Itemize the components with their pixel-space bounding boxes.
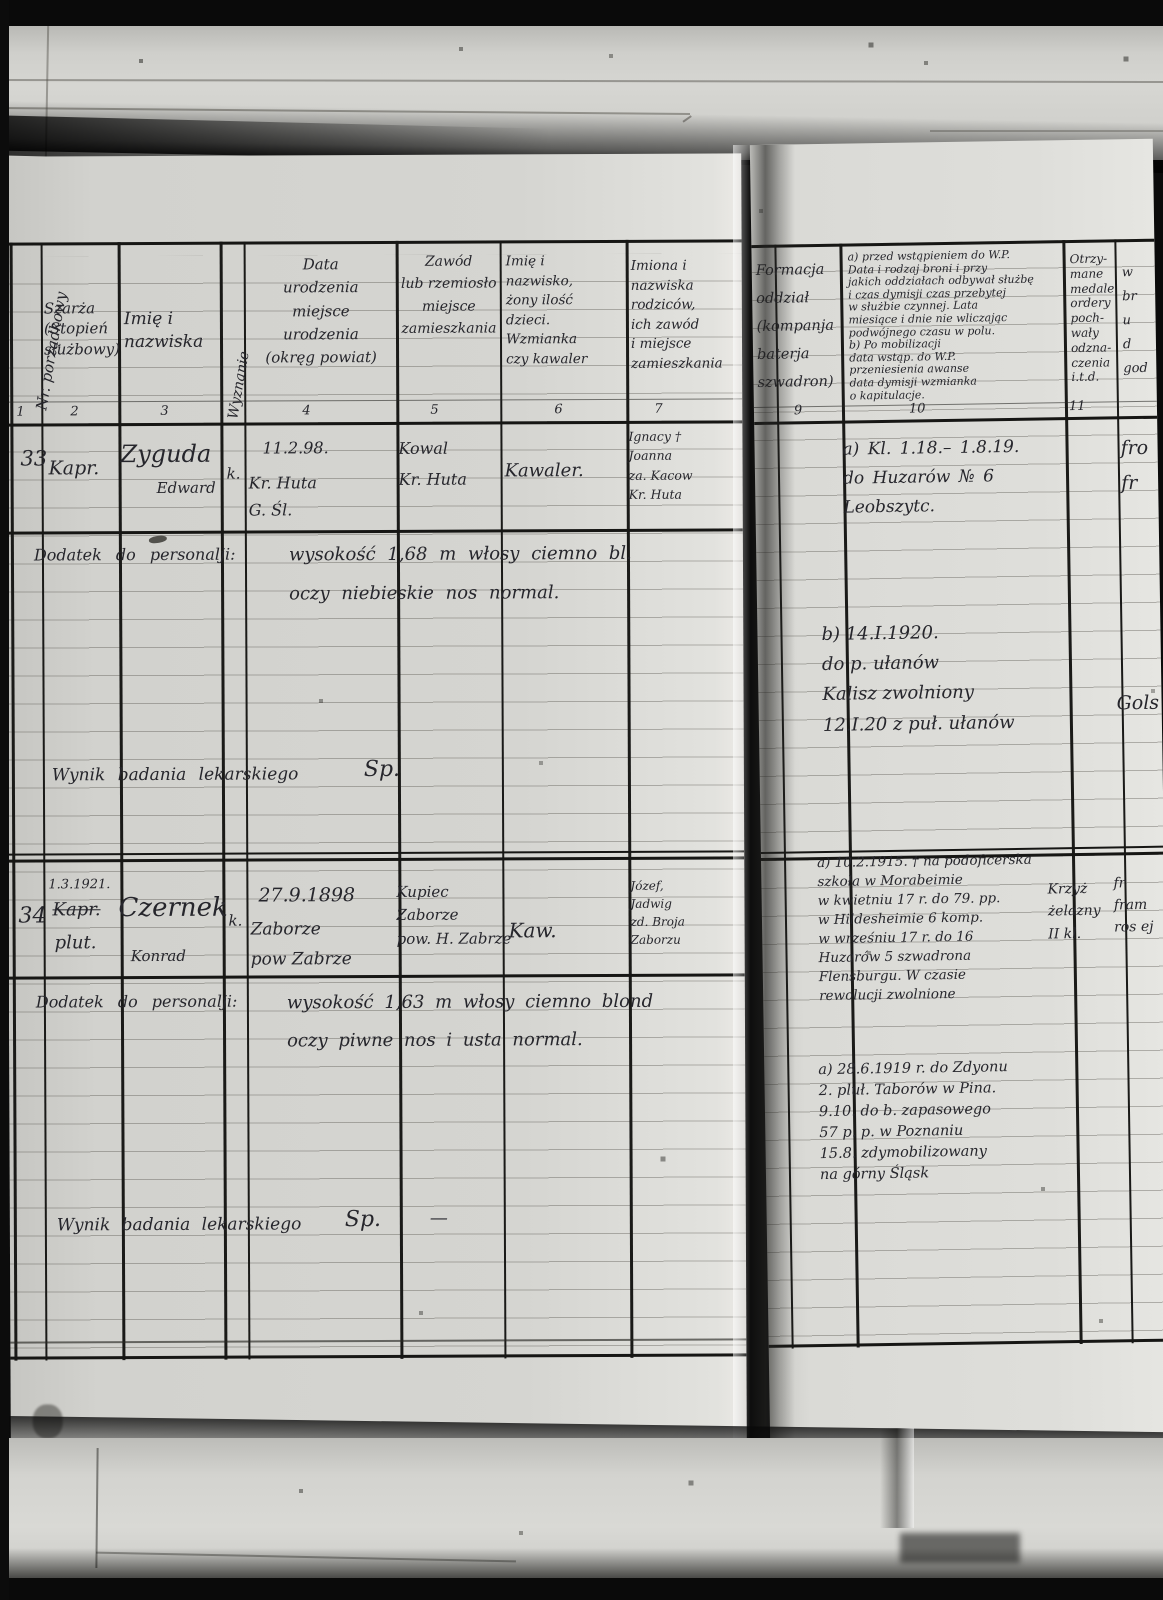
entry-34-edge-fragment: fr fram ros ej [1113, 872, 1153, 939]
register-scan: Nr. porządkowy Szarża (Stopień służbowy)… [0, 0, 1163, 1600]
entry-33-religion: k. [227, 464, 241, 484]
entry-34-personal-note: wysokość 1,63 m włosy ciemno blond oczy … [287, 983, 654, 1060]
header-col-awards: Otrzy- mane medale ordery poch- wały odz… [1070, 251, 1116, 385]
entry-34-birth-date: 27.9.1898 [258, 883, 355, 909]
scan-artifact [880, 1428, 914, 1528]
entry-34-parents: Józef, Jadwig zd. Broja Zaborzu [630, 877, 685, 949]
ruled-lines [6, 253, 747, 1360]
entry-34-rank: plut. [55, 931, 97, 955]
dust-specks [0, 0, 2, 2]
header-col-occupation: Zawód lub rzemiosło miejsce zamieszkania [400, 250, 498, 340]
entry-33-marital: Kawaler. [505, 459, 584, 484]
entry-34-awards: Krzyż żelazny II kl. [1047, 878, 1101, 946]
entry-33-medical-result: Sp. [364, 755, 400, 785]
col-number-11: 11 [1069, 398, 1086, 416]
col-number-6: 6 [554, 401, 562, 419]
entry-33-personal-note-label: Dodatek do personalji: [34, 544, 236, 566]
entry-34-service-b: a) 28.6.1919 r. do Zdyonu 2. pluł. Tabor… [818, 1057, 1009, 1186]
entry-34-rank-crossed: Kapr. [52, 898, 100, 923]
col-number-10: 10 [909, 400, 926, 418]
entry-33-edge-fragment: fro fr [1120, 431, 1149, 502]
col-number-1: 1 [16, 404, 24, 422]
page-gutter-shadow [733, 145, 795, 1445]
entry-34-marital: Kaw. [509, 917, 557, 944]
entry-34-surname: Czernek [118, 891, 227, 927]
entry-33-birth-place: Kr. Huta G. Śl. [249, 469, 317, 524]
entry-33-number: 33 [20, 444, 47, 472]
header-col-wife: Imię i nazwisko, żony ilość dzieci. Wzmi… [506, 252, 625, 370]
film-border-bottom [0, 1578, 1163, 1600]
entry-34-firstname: Konrad [131, 946, 186, 966]
header-col-parents: Imiona i nazwiska rodziców, ich zawód i … [631, 256, 740, 374]
entry-34-personal-note-label: Dodatek do personalji: [36, 991, 238, 1013]
col-number-9: 9 [794, 402, 803, 420]
entry-34-medical-result: Sp. [345, 1205, 381, 1235]
entry-33-edge-fragment-2: Gols [1116, 691, 1159, 717]
film-border-left [0, 0, 9, 1600]
entry-33-firstname: Edward [157, 478, 216, 499]
entry-33-parents: Ignacy † Joanna za. Kacow Kr. Huta [628, 427, 692, 505]
col-number-7: 7 [654, 401, 662, 419]
scan-artifact [0, 79, 1163, 83]
scan-artifact [6, 239, 742, 245]
header-col-rank: Szarża (Stopień służbowy) [44, 298, 122, 359]
entry-34-medical-label: Wynik badania lekarskiego [57, 1213, 302, 1237]
entry-34-service-a: a) 10.2.1915. † na podoficerska szkoła w… [817, 851, 1034, 1006]
header-col-service: a) przed wstąpieniem do W.P. Data i rodz… [847, 248, 1063, 402]
entry-34-birth-place: Zaborze pow Zabrze [251, 915, 352, 975]
entry-33-occupation: Kowal Kr. Huta [398, 433, 467, 496]
entry-33-medical-label: Wynik badania lekarskiego [52, 763, 299, 787]
entry-33-service-b: b) 14.I.1920. do p. ułanów Kalisz zwolni… [821, 617, 1015, 741]
header-col-name: Imię i nazwiska [124, 308, 220, 354]
entry-34-occupation: Kupiec Zaborze pow. H. Zabrze [396, 880, 511, 950]
col-number-3: 3 [160, 403, 168, 421]
col-number-2: 2 [70, 403, 78, 421]
paper-strip-bottom [0, 1438, 1163, 1586]
col-number-5: 5 [430, 402, 438, 420]
entry-34-date-note: 1.3.1921. [48, 876, 110, 894]
col-number-4: 4 [302, 402, 310, 420]
entry-33-birth-date: 11.2.98. [262, 437, 328, 459]
paper-strip-top [0, 26, 1163, 160]
page-left: Nr. porządkowy Szarża (Stopień służbowy)… [5, 153, 747, 1441]
entry-33-personal-note: wysokość 1,68 m włosy ciemno bl. oczy ni… [289, 535, 632, 614]
header-edge-fragment: w br u d god [1122, 261, 1148, 381]
entry-34-religion: k. [228, 911, 242, 931]
page-right: Formacja oddział (kompanja baterja szwad… [750, 139, 1163, 1445]
entry-33-surname: Zyguda [120, 438, 211, 471]
header-col-birth: Data urodzenia miejsce urodzenia (okręg … [250, 253, 393, 370]
entry-33-service-a: a) Kl. 1.18.– 1.8.19. do Huzarów № 6 Leo… [842, 433, 1020, 523]
entry-34-number: 34 [18, 901, 46, 931]
entry-34-medical-dash: — [430, 1207, 448, 1231]
entry-33-rank: Kapr. [49, 456, 100, 482]
